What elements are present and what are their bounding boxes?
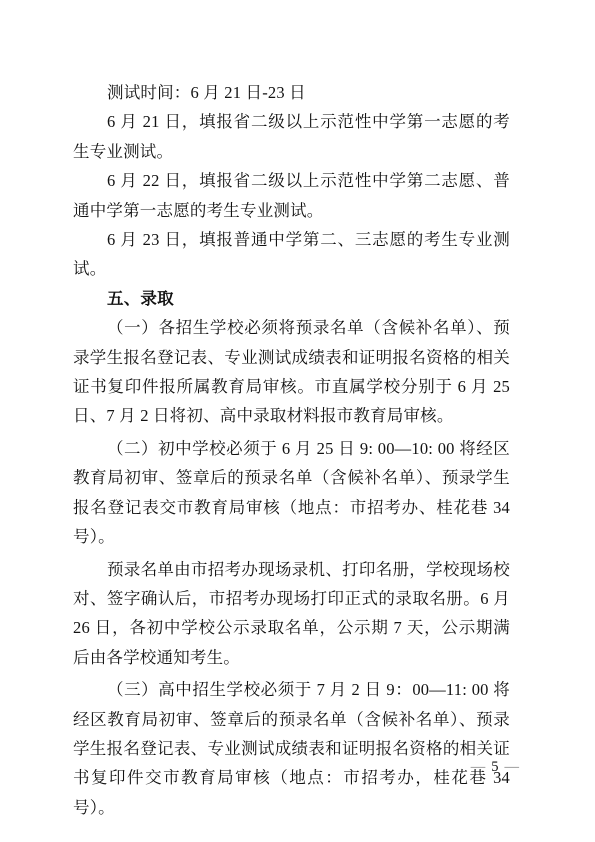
page-number-left-dash: — (471, 759, 486, 775)
paragraph-test-time: 测试时间：6 月 21 日-23 日 (73, 78, 510, 107)
paragraph-prelist-process: 预录名单由市招考办现场录机、打印名册，学校现场校对、签字确认后，市招考办现场打印… (73, 555, 510, 673)
paragraph-june-21: 6 月 21 日，填报省二级以上示范性中学第一志愿的考生专业测试。 (73, 107, 510, 166)
paragraph-item-2: （二）初中学校必须于 6 月 25 日 9: 00—10: 00 将经区教育局初… (73, 434, 510, 552)
section-heading-admission: 五、录取 (73, 284, 510, 313)
paragraph-june-22: 6 月 22 日，填报省二级以上示范性中学第二志愿、普通中学第一志愿的考生专业测… (73, 166, 510, 225)
page-number: —5— (471, 758, 519, 776)
paragraph-item-3: （三）高中招生学校必须于 7 月 2 日 9：00—11: 00 将经区教育局初… (73, 675, 510, 822)
page-number-right-dash: — (505, 759, 520, 775)
paragraph-june-23: 6 月 23 日，填报普通中学第二、三志愿的考生专业测试。 (73, 225, 510, 284)
page-number-value: 5 (485, 759, 504, 775)
document-page: 测试时间：6 月 21 日-23 日 6 月 21 日，填报省二级以上示范性中学… (0, 0, 595, 842)
document-body: 测试时间：6 月 21 日-23 日 6 月 21 日，填报省二级以上示范性中学… (73, 78, 510, 822)
paragraph-item-1: （一）各招生学校必须将预录名单（含候补名单）、预录学生报名登记表、专业测试成绩表… (73, 313, 510, 431)
